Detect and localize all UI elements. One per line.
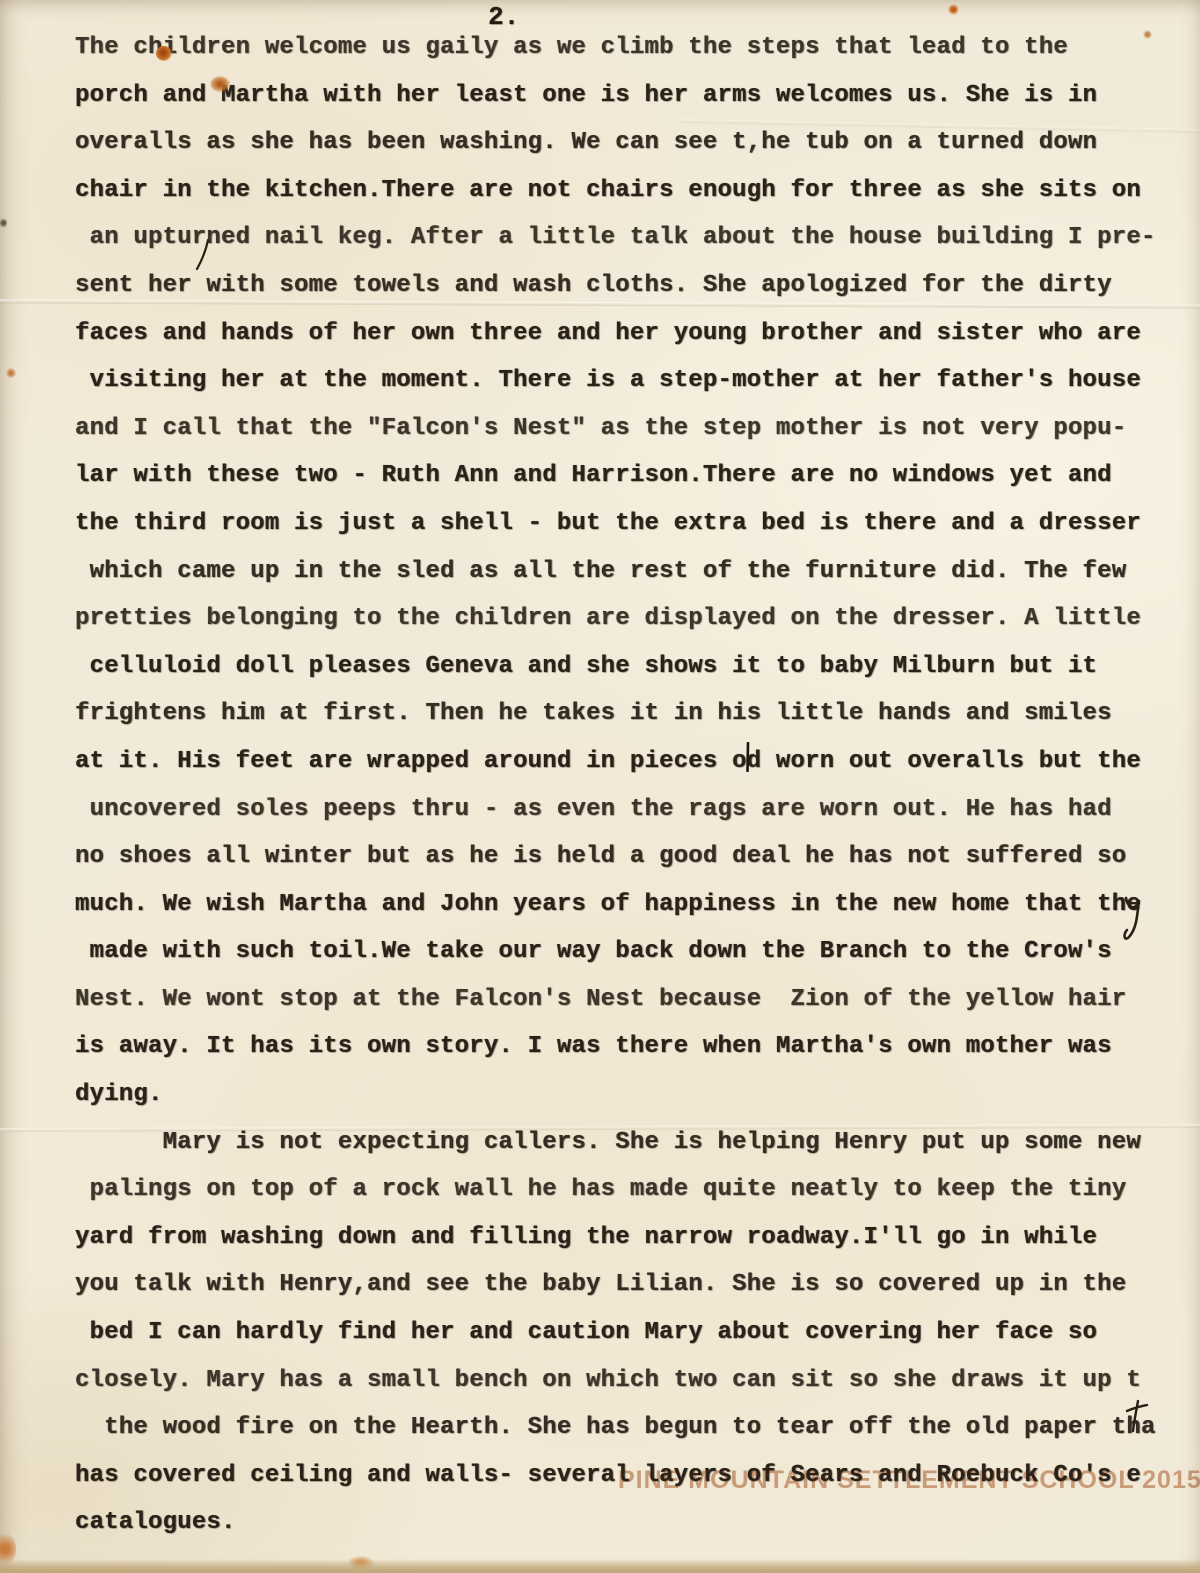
- text-line: no shoes all winter but as he is held a …: [75, 833, 1175, 881]
- text-line: overalls as she has been washing. We can…: [75, 119, 1175, 167]
- text-line: visiting her at the moment. There is a s…: [75, 357, 1175, 405]
- text-line: has covered ceiling and walls- several l…: [75, 1452, 1175, 1500]
- text-line: catalogues.: [75, 1499, 1175, 1547]
- text-line: The children welcome us gaily as we clim…: [75, 24, 1175, 72]
- text-line: Nest. We wont stop at the Falcon's Nest …: [75, 976, 1175, 1024]
- text-line: celluloid doll pleases Geneva and she sh…: [75, 643, 1175, 691]
- rust-stain: [6, 368, 16, 378]
- rust-stain: [0, 1532, 16, 1566]
- rust-stain: [948, 4, 959, 15]
- text-line: yard from washing down and filling the n…: [75, 1214, 1175, 1262]
- text-line: you talk with Henry,and see the baby Lil…: [75, 1261, 1175, 1309]
- text-line: and I call that the "Falcon's Nest" as t…: [75, 405, 1175, 453]
- text-line: much. We wish Martha and John years of h…: [75, 881, 1175, 929]
- text-line: lar with these two - Ruth Ann and Harris…: [75, 452, 1175, 500]
- text-line: bed I can hardly find her and caution Ma…: [75, 1309, 1175, 1357]
- text-line: the wood fire on the Hearth. She has beg…: [75, 1404, 1175, 1452]
- text-line: Mary is not expecting callers. She is he…: [75, 1119, 1175, 1167]
- document-page: 2. PINE MOUNTAIN SETTLEMENT SCHOOL 2015 …: [0, 0, 1200, 1573]
- text-line: sent her with some towels and wash cloth…: [75, 262, 1175, 310]
- paper-bottom-edge: [0, 1559, 1200, 1573]
- text-line: chair in the kitchen.There are not chair…: [75, 167, 1175, 215]
- text-line: porch and Martha with her least one is h…: [75, 72, 1175, 120]
- text-line: pretties belonging to the children are d…: [75, 595, 1175, 643]
- text-line: palings on top of a rock wall he has mad…: [75, 1166, 1175, 1214]
- ink-speck: [0, 218, 7, 228]
- text-line: dying.: [75, 1071, 1175, 1119]
- text-line: which came up in the sled as all the res…: [75, 548, 1175, 596]
- rust-stain: [348, 1556, 374, 1570]
- text-line: frightens him at first. Then he takes it…: [75, 690, 1175, 738]
- text-line: the third room is just a shell - but the…: [75, 500, 1175, 548]
- text-line: made with such toil.We take our way back…: [75, 928, 1175, 976]
- text-line: is away. It has its own story. I was the…: [75, 1023, 1175, 1071]
- typed-text: The children welcome us gaily as we clim…: [75, 24, 1175, 1547]
- text-line: closely. Mary has a small bench on which…: [75, 1357, 1175, 1405]
- text-line: uncovered soles peeps thru - as even the…: [75, 786, 1175, 834]
- text-line: at it. His feet are wrapped around in pi…: [75, 738, 1175, 786]
- text-line: faces and hands of her own three and her…: [75, 310, 1175, 358]
- text-line: an upturned nail keg. After a little tal…: [75, 214, 1175, 262]
